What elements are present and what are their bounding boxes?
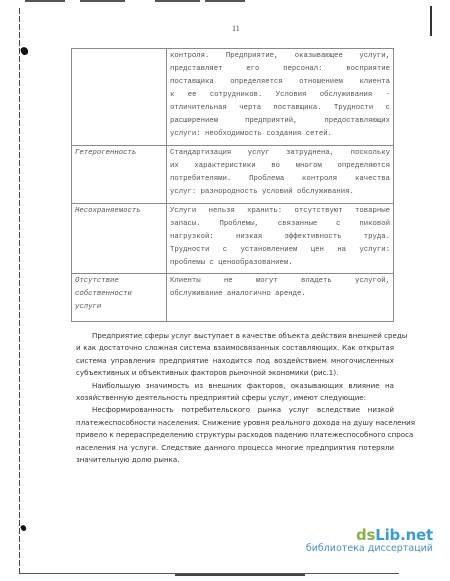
cell-text-line: собственности — [75, 288, 163, 301]
text-line: субъективных и объективных факторов рыно… — [76, 367, 394, 379]
cell-text-line: нагрузкой: низкая эффективность труда. — [170, 231, 390, 244]
text-line: хозяйственную деятельность предприятий с… — [76, 392, 394, 404]
cell-text-line: услуги: необходимость создания сетей. — [170, 128, 390, 141]
paragraph: Несформированность потребительского рынк… — [76, 404, 394, 466]
text-line: значительную долю рынка. — [76, 454, 394, 466]
text-line: Предприятие сферы услуг выступает в каче… — [76, 330, 394, 342]
cell-text-line: Стандартизация услуг затруднена, посколь… — [170, 147, 390, 160]
description-cell: Клиенты не могут владеть услугой, обслуж… — [167, 274, 394, 322]
scan-edge-top — [25, 0, 65, 2]
cell-text-line: отличительная черта поставщика. Трудност… — [170, 102, 390, 115]
cell-text-line: обслуживание аналогично аренде. — [170, 288, 390, 301]
cell-text-line: Отсутствие — [75, 275, 163, 288]
page-border-left — [19, 8, 20, 573]
scan-edge-top — [80, 0, 125, 2]
service-characteristics-table: контроля. Предприятие, оказывающее услуг… — [71, 48, 394, 322]
property-cell: Отсутствие собственности услуги — [72, 274, 167, 322]
table-row: контроля. Предприятие, оказывающее услуг… — [72, 49, 394, 146]
cell-text-line: потребителями. Проблема контроля качеств… — [170, 173, 390, 186]
logo-lib: Lib.net — [375, 526, 433, 544]
property-cell: Гетерогенность — [72, 146, 167, 204]
cell-text-line: контроля. Предприятие, оказывающее услуг… — [170, 50, 390, 63]
cell-text-line: запасы. Проблемы, связанные с пиковой — [170, 218, 390, 231]
logo-subtitle: библиотека диссертаций — [306, 543, 433, 555]
cell-text-line: их характеристики во многом определяются — [170, 160, 390, 173]
body-text: Предприятие сферы услуг выступает в каче… — [76, 330, 394, 466]
page-border-bottom-shadow — [175, 574, 305, 576]
table-row: Отсутствие собственности услуги Клиенты … — [72, 274, 394, 322]
table-row: Гетерогенность Стандартизация услуг затр… — [72, 146, 394, 204]
cell-text-line: проблемы с ценообразованием. — [170, 257, 390, 270]
paragraph: Предприятие сферы услуг выступает в каче… — [76, 330, 394, 380]
text-line: система управления предприятие находится… — [76, 355, 394, 367]
page-border-right — [430, 6, 432, 36]
scan-edge-top — [205, 0, 245, 2]
binding-hole-mark-icon — [20, 524, 27, 532]
page-number: 11 — [232, 24, 240, 33]
property-cell: Несохраняемость — [72, 204, 167, 274]
cell-text-line: услуг: разнородность условий обслуживани… — [170, 186, 390, 199]
scan-edge-top — [155, 0, 200, 2]
paragraph: Наибольшую значимость из внешних факторо… — [76, 380, 394, 405]
text-line: населения на услуги. Следствие данного п… — [76, 442, 394, 454]
table-row: Несохраняемость Услуги нельзя хранить: о… — [72, 204, 394, 274]
cell-text-line: Клиенты не могут владеть услугой, — [170, 275, 390, 288]
cell-text-line: к ее сотрудников. Условия обслуживания - — [170, 89, 390, 102]
text-line: Наибольшую значимость из внешних факторо… — [76, 380, 394, 392]
logo-ds: ds — [356, 526, 375, 544]
text-line: Несформированность потребительского рынк… — [76, 404, 394, 416]
text-line: и как достаточно сложная система взаимос… — [76, 342, 394, 354]
cell-text-line: услуги — [75, 301, 163, 314]
property-cell — [72, 49, 167, 146]
binding-hole-mark-icon — [20, 46, 30, 56]
cell-text-line: расширением предприятий, предоставляющих — [170, 115, 390, 128]
dslib-watermark-logo[interactable]: dsLib.net библиотека диссертаций — [306, 527, 433, 555]
cell-text-line: Трудности с установлением цен на услуги: — [170, 244, 390, 257]
text-line: платежеспособности населения. Снижение у… — [76, 417, 394, 429]
logo-title: dsLib.net — [306, 527, 433, 543]
cell-text-line: Услуги нельзя хранить: отсутствуют товар… — [170, 205, 390, 218]
text-line: привело к перераспределению структуры ра… — [76, 429, 394, 441]
description-cell: Услуги нельзя хранить: отсутствуют товар… — [167, 204, 394, 274]
cell-text-line: представляет его персонал: восприятие — [170, 63, 390, 76]
cell-text-line: поставщика определяется отношением клиен… — [170, 76, 390, 89]
description-cell: Стандартизация услуг затруднена, посколь… — [167, 146, 394, 204]
description-cell: контроля. Предприятие, оказывающее услуг… — [167, 49, 394, 146]
